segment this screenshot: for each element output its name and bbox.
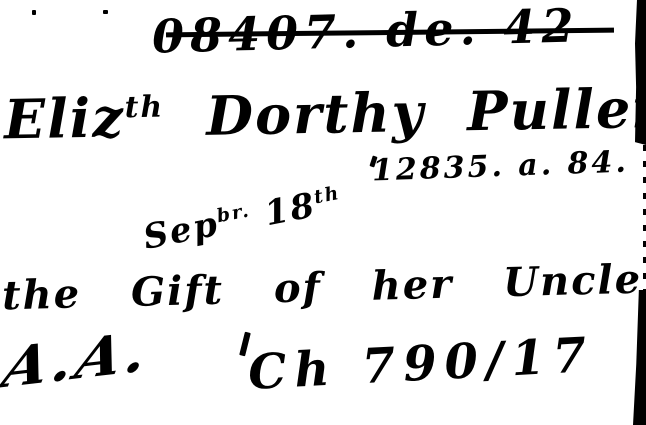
owner-first-name-text: Eliz [3, 85, 125, 151]
owner-middle-name: Dorthy [206, 85, 426, 143]
reference-mark: Ch 790/17 [247, 331, 595, 397]
initials: A.A. [0, 324, 156, 397]
date-month-superscript: br. [215, 199, 252, 227]
ink-speck [32, 10, 36, 15]
ink-speck [103, 10, 108, 14]
date-month: Sep [140, 204, 222, 258]
page-edge-shadow-bottom [633, 290, 646, 425]
date-day: 18 [261, 185, 319, 234]
owner-first-name-superscript: th [124, 90, 164, 126]
owner-surname: Pulleine [467, 80, 646, 139]
owner-name-line: Elizth Dorthy Pulleine [4, 80, 646, 147]
owner-first-name: Elizth [4, 90, 165, 147]
page-edge-shadow-top [635, 0, 646, 145]
date-day-superscript: th [312, 182, 342, 209]
manuscript-page: 08407. de. 42 Elizth Dorthy Pulleine 128… [0, 0, 646, 425]
gift-note: the Gift of her Uncle [2, 260, 643, 317]
shelfmark: 12835. a. 84. [372, 148, 630, 187]
inscription-date: Sepbr.18th [141, 183, 345, 255]
